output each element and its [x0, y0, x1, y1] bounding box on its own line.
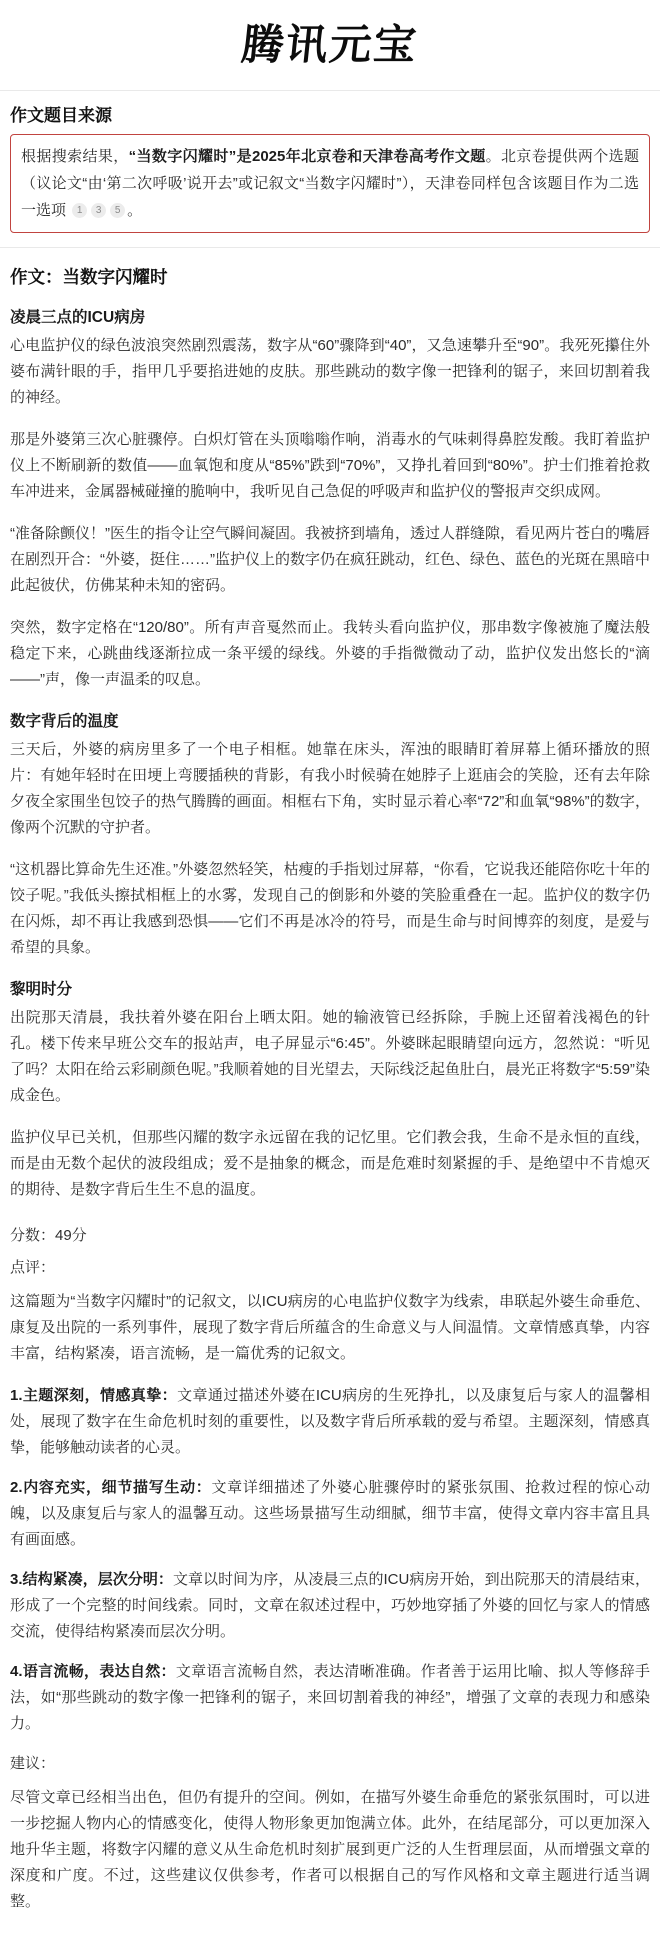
- essay-paragraph: 出院那天清晨，我扶着外婆在阳台上晒太阳。她的输液管已经拆除，手腕上还留着浅褐色的…: [10, 1005, 650, 1109]
- review-heading: 点评：: [10, 1255, 650, 1281]
- essay-subheading-icu: 凌晨三点的ICU病房: [10, 305, 650, 327]
- advice-section: 建议： 尽管文章已经相当出色，但仍有提升的空间。例如，在描写外婆生命垂危的紧张氛…: [10, 1751, 650, 1915]
- essay-paragraph: 突然，数字定格在“120/80”。所有声音戛然而止。我转头看向监护仪，那串数字像…: [10, 615, 650, 693]
- review-point-3-label: 3.结构紧凑，层次分明：: [10, 1571, 173, 1588]
- advice-text: 尽管文章已经相当出色，但仍有提升的空间。例如，在描写外婆生命垂危的紧张氛围时，可…: [10, 1785, 650, 1915]
- essay-paragraph: 心电监护仪的绿色波浪突然剧烈震荡，数字从“60”骤降到“40”，又急速攀升至“9…: [10, 333, 650, 411]
- score-review-section: 分数：49分 点评： 这篇题为“当数字闪耀时”的记叙文，以ICU病房的心电监护仪…: [10, 1223, 650, 1737]
- essay-paragraph: 三天后，外婆的病房里多了一个电子相框。她靠在床头，浑浊的眼睛盯着屏幕上循环播放的…: [10, 737, 650, 841]
- review-intro: 这篇题为“当数字闪耀时”的记叙文，以ICU病房的心电监护仪数字为线索，串联起外婆…: [10, 1289, 650, 1367]
- source-text-bold: “当数字闪耀时”是2025年北京卷和天津卷高考作文题: [129, 148, 486, 165]
- source-result-box: 根据搜索结果，“当数字闪耀时”是2025年北京卷和天津卷高考作文题。北京卷提供两…: [10, 134, 650, 233]
- essay-subheading-dawn: 黎明时分: [10, 977, 650, 999]
- advice-heading: 建议：: [10, 1751, 650, 1777]
- score-line: 分数：49分: [10, 1223, 650, 1249]
- source-text-prefix: 根据搜索结果，: [21, 148, 129, 165]
- essay-paragraph: 监护仪早已关机，但那些闪耀的数字永远留在我的记忆里。它们教会我，生命不是永恒的直…: [10, 1125, 650, 1203]
- source-heading: 作文题目来源: [10, 101, 650, 126]
- divider-source-essay: [0, 247, 660, 248]
- review-point-4: 4.语言流畅，表达自然：文章语言流畅自然，表达清晰准确。作者善于运用比喻、拟人等…: [10, 1659, 650, 1737]
- essay-paragraph: “准备除颤仪！”医生的指令让空气瞬间凝固。我被挤到墙角，透过人群缝隙，看见两片苍…: [10, 521, 650, 599]
- essay-section: 作文：当数字闪耀时 凌晨三点的ICU病房 心电监护仪的绿色波浪突然剧烈震荡，数字…: [10, 264, 650, 1203]
- review-point-1-label: 1.主题深刻，情感真挚：: [10, 1387, 177, 1404]
- review-point-4-label: 4.语言流畅，表达自然：: [10, 1663, 176, 1680]
- divider-top: [0, 90, 660, 91]
- page-title: 腾讯元宝: [7, 12, 653, 72]
- review-point-2: 2.内容充实，细节描写生动：文章详细描述了外婆心脏骤停时的紧张氛围、抢救过程的惊…: [10, 1475, 650, 1553]
- essay-paragraph: “这机器比算命先生还准。”外婆忽然轻笑，枯瘦的手指划过屏幕，“你看，它说我还能陪…: [10, 857, 650, 961]
- review-point-1: 1.主题深刻，情感真挚：文章通过描述外婆在ICU病房的生死挣扎，以及康复后与家人…: [10, 1383, 650, 1461]
- source-section: 作文题目来源 根据搜索结果，“当数字闪耀时”是2025年北京卷和天津卷高考作文题…: [10, 101, 650, 233]
- review-point-3: 3.结构紧凑，层次分明：文章以时间为序，从凌晨三点的ICU病房开始，到出院那天的…: [10, 1567, 650, 1645]
- review-point-2-label: 2.内容充实，细节描写生动：: [10, 1479, 211, 1496]
- essay-title: 作文：当数字闪耀时: [10, 264, 650, 289]
- citation-badge-3[interactable]: 3: [91, 203, 106, 218]
- citation-badge-5[interactable]: 5: [110, 203, 125, 218]
- citation-badge-1[interactable]: 1: [72, 203, 87, 218]
- essay-subheading-warmth: 数字背后的温度: [10, 709, 650, 731]
- essay-paragraph: 那是外婆第三次心脏骤停。白炽灯管在头顶嗡嗡作响，消毒水的气味刺得鼻腔发酸。我盯着…: [10, 427, 650, 505]
- source-text-end: 。: [127, 202, 142, 219]
